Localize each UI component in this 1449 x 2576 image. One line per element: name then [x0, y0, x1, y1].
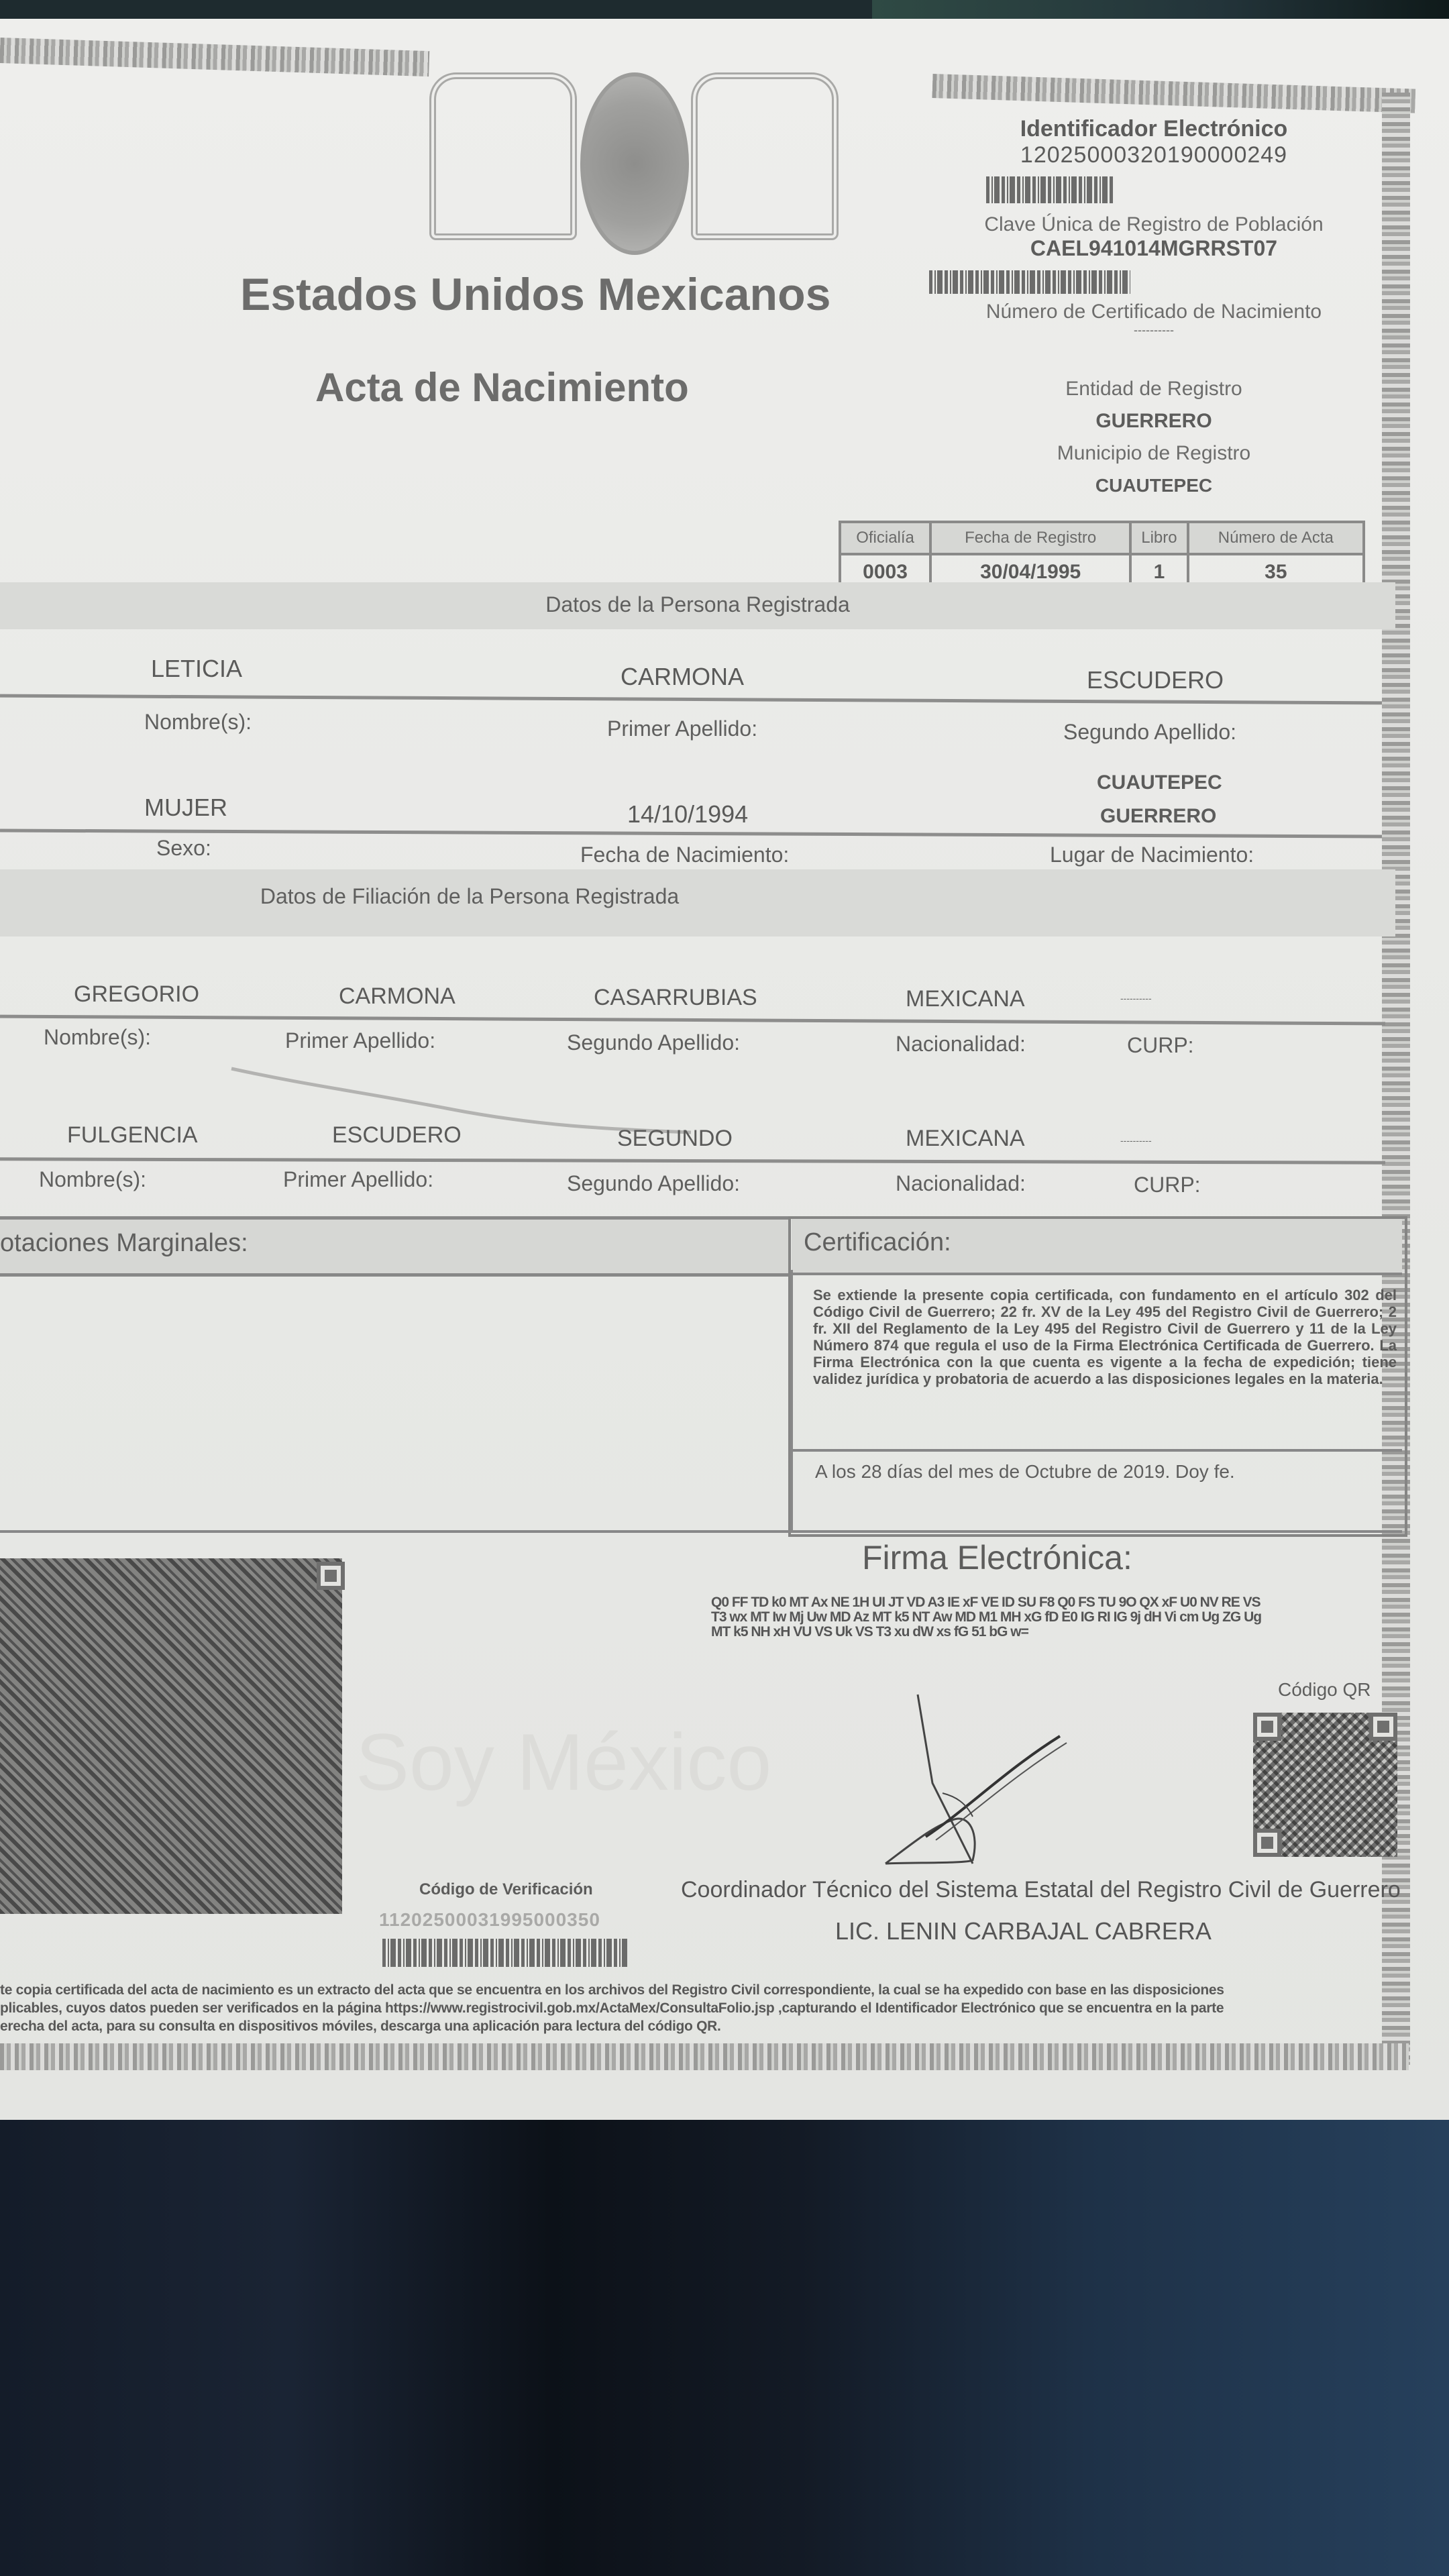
electronic-signature-hash: Q0 FF TD k0 MT Ax NE 1H UI JT VD A3 IE x… [711, 1595, 1301, 1640]
person-first-surname-value: CARMONA [621, 663, 744, 691]
mother-second-surname-value: SEGUNDO [617, 1126, 733, 1152]
registry-municipality-label: Municipio de Registro [892, 437, 1415, 470]
bottom-border-ornament [0, 2043, 1409, 2070]
soy-mexico-watermark: Soy México [356, 1716, 771, 1809]
father-second-surname-value: CASARRUBIAS [594, 985, 757, 1011]
person-names-value: LETICIA [151, 655, 242, 683]
curp-barcode [929, 270, 1130, 294]
father-curp-label: CURP: [1127, 1033, 1194, 1058]
person-second-surname-label: Segundo Apellido: [1063, 720, 1236, 745]
divider-line [0, 1530, 1402, 1533]
qr-finder-pattern [1253, 1829, 1281, 1857]
registry-entity-value: GUERRERO [892, 405, 1415, 437]
background-fabric [0, 2120, 1449, 2576]
qr-code-label: Código QR [1278, 1679, 1371, 1701]
birth-certificate-paper: Estados Unidos Mexicanos Acta de Nacimie… [0, 19, 1449, 2132]
country-title: Estados Unidos Mexicanos [240, 268, 830, 321]
sex-value: MUJER [144, 794, 227, 822]
qr-finder-pattern [1369, 1713, 1397, 1741]
table-header-oficialia: Oficialía [840, 522, 930, 554]
birth-date-value: 14/10/1994 [627, 800, 748, 828]
father-nationality-label: Nacionalidad: [896, 1032, 1026, 1057]
birth-cert-number-label: Número de Certificado de Nacimiento [892, 301, 1415, 323]
certification-label: Certificación: [792, 1219, 1402, 1257]
father-names-label: Nombre(s): [44, 1025, 151, 1050]
filiation-section-title: Datos de Filiación de la Persona Registr… [0, 884, 939, 909]
verification-barcode [382, 1939, 627, 1967]
mother-curp-value: ---------- [1120, 1135, 1152, 1146]
mother-first-surname-value: ESCUDERO [332, 1122, 462, 1148]
birth-place-state: GUERRERO [1100, 805, 1216, 828]
verification-code-value: 11202500031995000350 [379, 1909, 600, 1931]
curp-label: Clave Única de Registro de Población [892, 213, 1415, 236]
verification-code-label: Código de Verificación [419, 1880, 593, 1899]
divider-line [790, 1449, 1402, 1452]
birth-cert-number-value: ---------- [892, 323, 1415, 337]
seal-left-ornament [429, 72, 577, 240]
national-seal-emblem [429, 59, 825, 240]
qr-finder-pattern [317, 1562, 345, 1590]
footer-disclaimer: te copia certificada del acta de nacimie… [0, 1981, 1409, 2035]
coat-of-arms-icon [580, 72, 689, 255]
electronic-id-value: 12025000320190000249 [912, 142, 1395, 168]
document-title: Acta de Nacimiento [315, 364, 689, 411]
father-names-value: GREGORIO [74, 981, 199, 1008]
person-section-title: Datos de la Persona Registrada [0, 592, 1395, 617]
electronic-id-barcode [986, 176, 1114, 203]
mother-names-label: Nombre(s): [39, 1167, 146, 1192]
table-header-libro: Libro [1130, 522, 1187, 554]
birth-place-label: Lugar de Nacimiento: [1050, 843, 1254, 867]
person-second-surname-value: ESCUDERO [1087, 666, 1224, 694]
signer-title: Coordinador Técnico del Sistema Estatal … [681, 1877, 1401, 1903]
father-first-surname-value: CARMONA [339, 983, 455, 1010]
certification-header: Certificación: [792, 1219, 1402, 1275]
electronic-signature-title: Firma Electrónica: [862, 1538, 1132, 1577]
certification-date-line: A los 28 días del mes de Octubre de 2019… [815, 1461, 1235, 1483]
seal-right-ornament [691, 72, 839, 240]
curp-value: CAEL941014MGRRST07 [892, 236, 1415, 261]
signer-name: LIC. LENIN CARBAJAL CABRERA [835, 1917, 1212, 1945]
birth-place-city: CUAUTEPEC [1097, 771, 1222, 794]
person-names-label: Nombre(s): [144, 710, 252, 735]
marginal-annotations-header: otaciones Marginales: [0, 1216, 788, 1277]
electronic-id-label: Identificador Electrónico [912, 116, 1395, 142]
mother-curp-label: CURP: [1134, 1173, 1201, 1197]
registry-table: Oficialía Fecha de Registro Libro Número… [839, 521, 1365, 592]
sex-label: Sexo: [156, 836, 211, 861]
father-second-surname-label: Segundo Apellido: [567, 1030, 740, 1055]
mother-names-value: FULGENCIA [67, 1122, 198, 1148]
father-nationality-value: MEXICANA [906, 986, 1025, 1012]
registry-municipality-value: CUAUTEPEC [892, 470, 1415, 502]
marginal-annotations-label: otaciones Marginales: [0, 1220, 788, 1258]
handwritten-signature [872, 1682, 1073, 1870]
birth-date-label: Fecha de Nacimiento: [580, 843, 789, 867]
person-first-surname-label: Primer Apellido: [607, 716, 757, 741]
mother-nationality-label: Nacionalidad: [896, 1171, 1026, 1196]
verification-qr-code[interactable] [0, 1558, 342, 1914]
mother-nationality-value: MEXICANA [906, 1126, 1025, 1152]
father-first-surname-label: Primer Apellido: [285, 1028, 435, 1053]
father-curp-value: ---------- [1120, 993, 1152, 1004]
registry-entity-label: Entidad de Registro [892, 373, 1415, 405]
certification-text: Se extiende la presente copia certificad… [813, 1287, 1397, 1387]
mother-second-surname-label: Segundo Apellido: [567, 1171, 740, 1196]
table-header-fecha-registro: Fecha de Registro [930, 522, 1130, 554]
mother-first-surname-label: Primer Apellido: [283, 1167, 433, 1192]
qr-finder-pattern [1253, 1713, 1281, 1741]
table-header-numero-acta: Número de Acta [1188, 522, 1364, 554]
